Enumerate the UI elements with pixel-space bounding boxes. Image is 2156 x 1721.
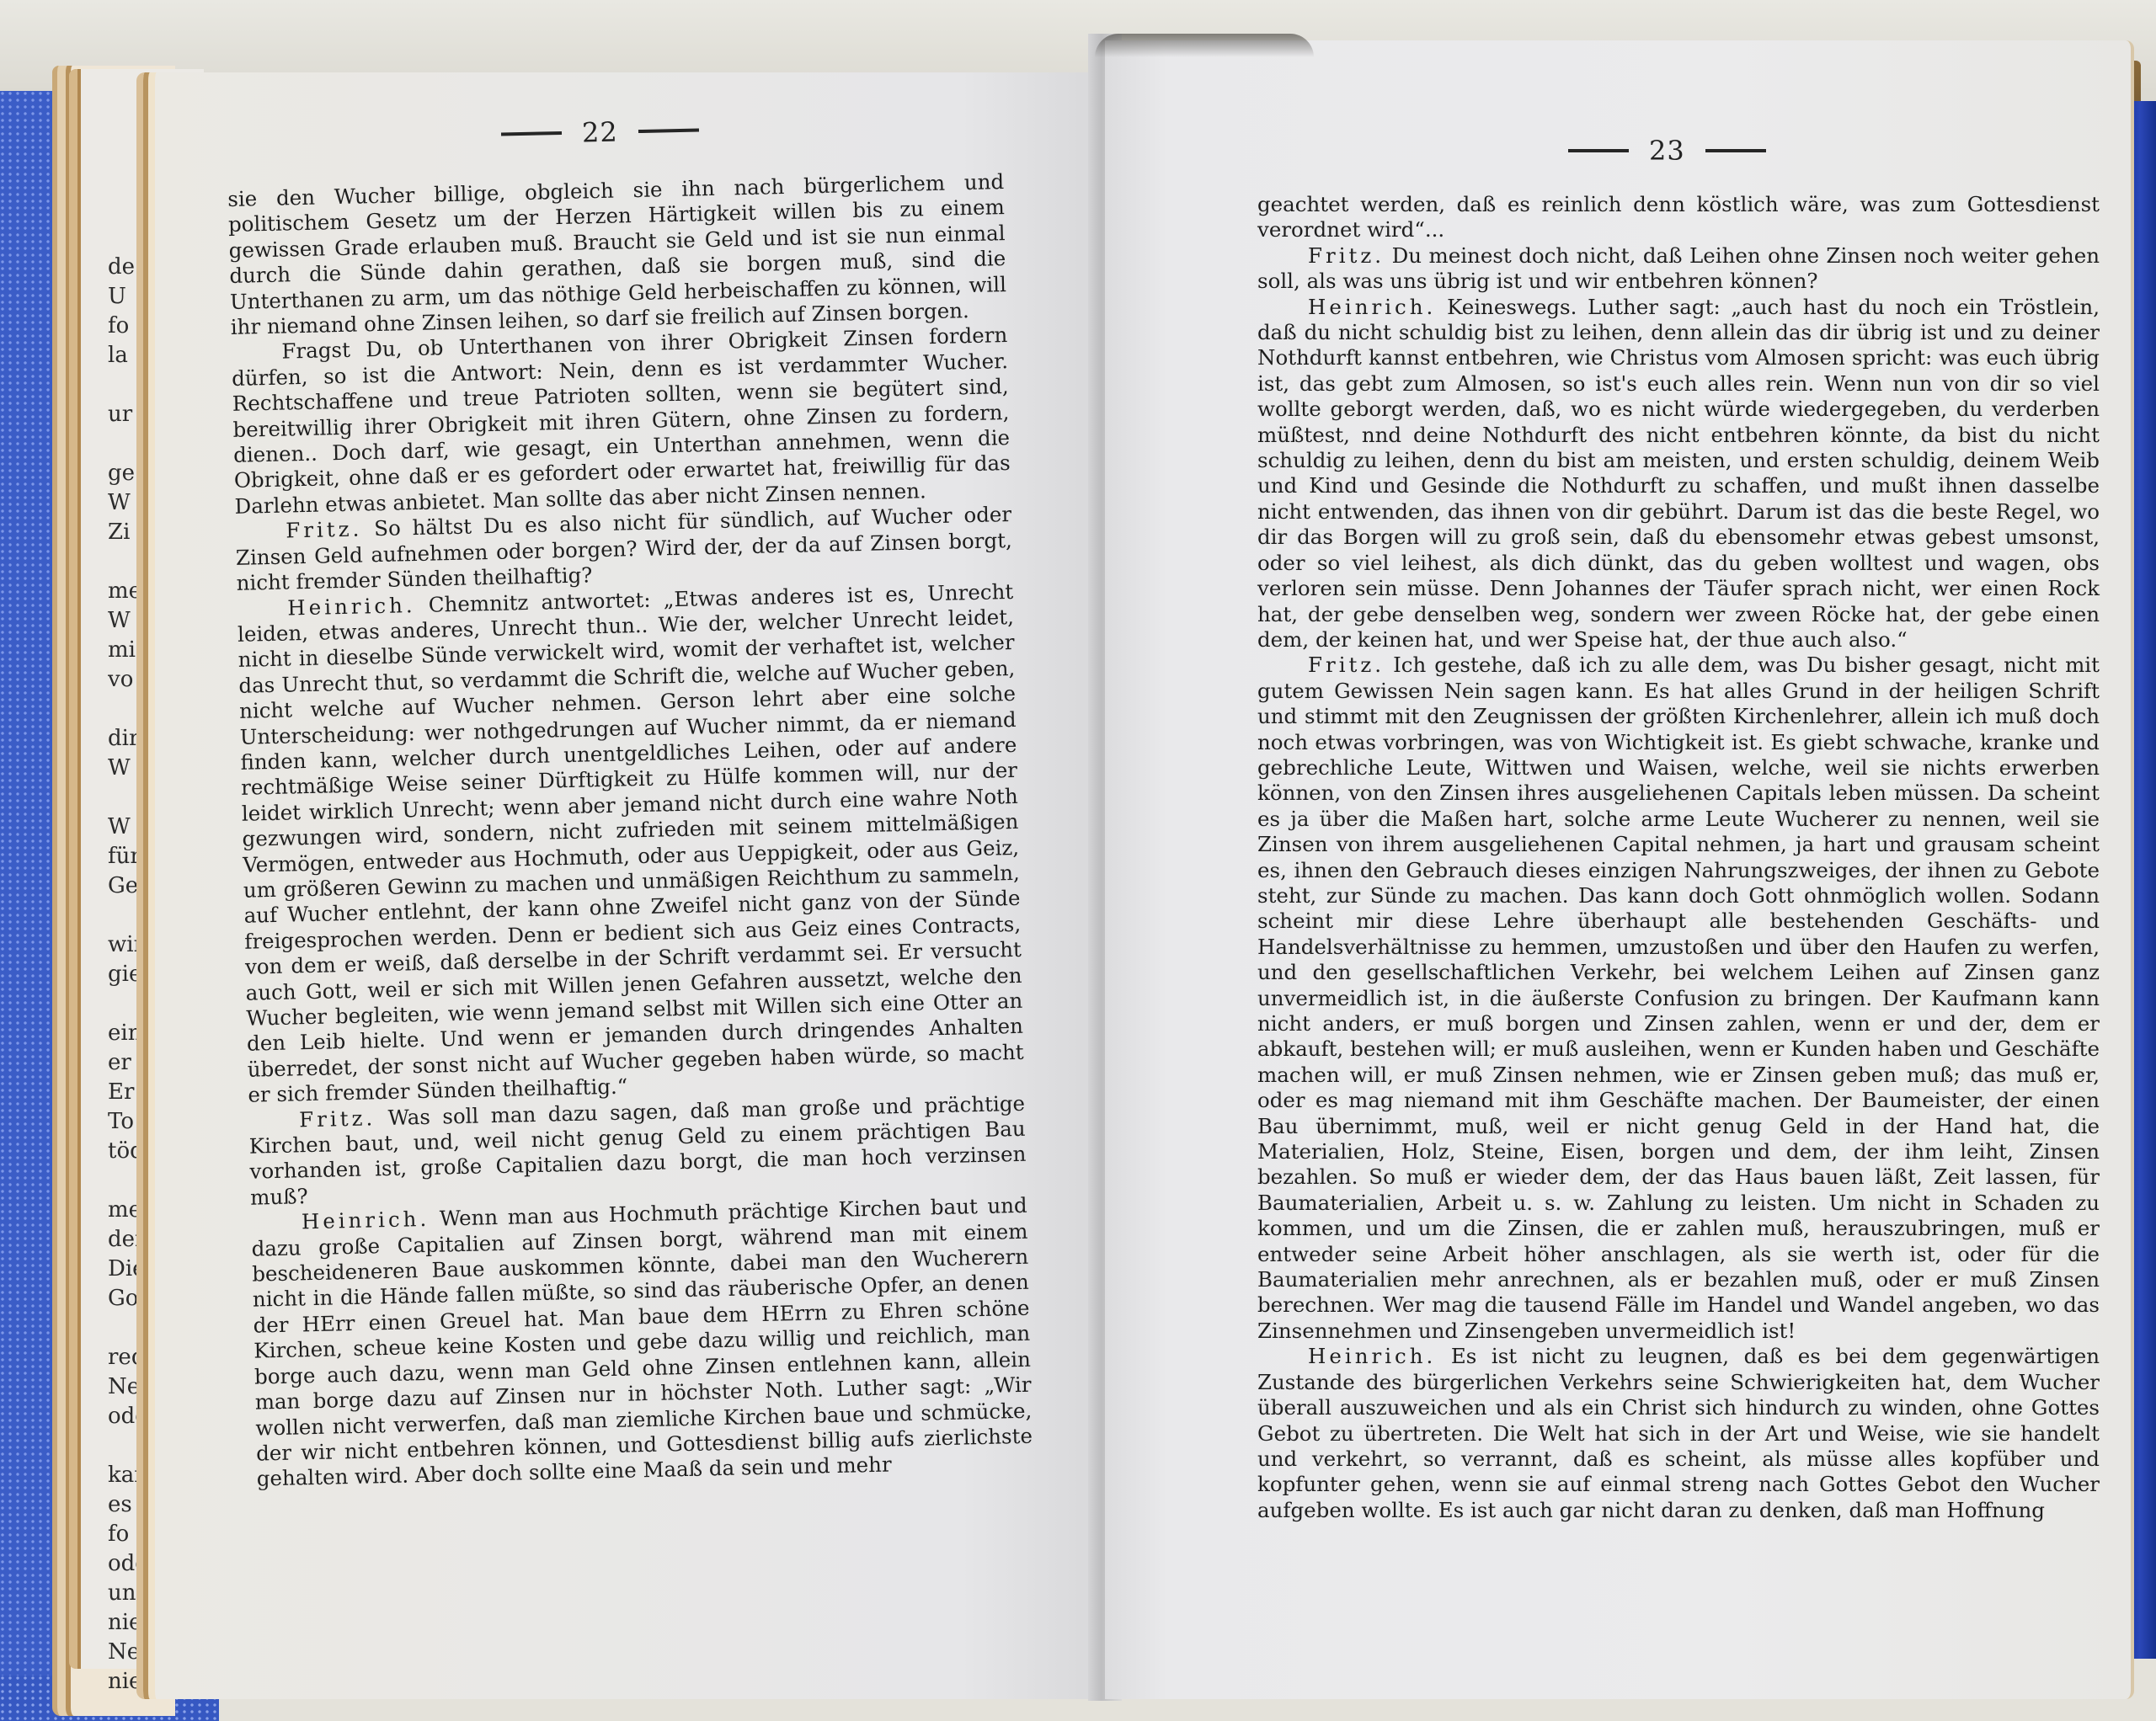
paragraph-text: Chemnitz antwortet: „Etwas anderes ist e… (237, 578, 1024, 1106)
right-page-header: 23 (1568, 135, 1766, 167)
speaker-name: Heinrich. (1308, 1344, 1436, 1368)
left-page-body: sie den Wucher billige, obgleich sie ihn… (227, 169, 1033, 1492)
speaker-name: Fritz. (1308, 653, 1385, 677)
book-cover-left (0, 91, 52, 1721)
paragraph: Heinrich. Wenn man aus Hochmuth prächtig… (251, 1193, 1033, 1492)
paragraph: Fritz. Du meinest doch nicht, daß Leihen… (1257, 243, 2100, 295)
speaker-name: Heinrich. (287, 593, 416, 620)
gutter-shadow (1095, 34, 1314, 57)
paragraph: sie den Wucher billige, obgleich sie ihn… (227, 169, 1007, 340)
paragraph: Heinrich. Keineswegs. Luther sagt: „auch… (1257, 295, 2100, 653)
paragraph-text: Fragst Du, ob Unterthanen von ihrer Obri… (232, 322, 1011, 518)
speaker-name: Fritz. (1308, 243, 1385, 268)
left-page-number: 22 (582, 116, 619, 149)
header-rule-right (638, 129, 699, 134)
speaker-name: Fritz. (299, 1106, 376, 1132)
paragraph-text: Es ist nicht zu leugnen, daß es bei dem … (1257, 1344, 2100, 1521)
paragraph-text: sie den Wucher billige, obgleich sie ihn… (227, 169, 1006, 339)
header-rule-left (501, 131, 562, 136)
speaker-name: Heinrich. (1308, 295, 1436, 319)
paragraph-text: Ich gestehe, daß ich zu alle dem, was Du… (1257, 653, 2100, 1343)
header-rule-left (1568, 149, 1629, 152)
paragraph: Fritz. Was soll man dazu sagen, daß man … (248, 1090, 1027, 1211)
paragraph: Fritz. Ich gestehe, daß ich zu alle dem,… (1257, 653, 2100, 1344)
paragraph: Heinrich. Es ist nicht zu leugnen, daß e… (1257, 1344, 2100, 1523)
paragraph-text: Wenn man aus Hochmuth prächtige Kirchen … (251, 1193, 1033, 1491)
speaker-name: Fritz. (286, 517, 363, 543)
paragraph: Heinrich. Chemnitz antwortet: „Etwas and… (237, 578, 1025, 1108)
left-page-header: 22 (501, 115, 699, 151)
header-rule-right (1705, 149, 1766, 152)
right-page-number: 23 (1649, 135, 1685, 167)
speaker-name: Heinrich. (302, 1207, 430, 1233)
right-page-body: geachtet werden, daß es reinlich denn kö… (1257, 192, 2100, 1523)
paragraph-text: Keineswegs. Luther sagt: „auch hast du n… (1257, 295, 2100, 652)
paragraph-text: geachtet werden, daß es reinlich denn kö… (1257, 192, 2100, 242)
paragraph: Fragst Du, ob Unterthanen von ihrer Obri… (231, 322, 1011, 519)
paragraph: geachtet werden, daß es reinlich denn kö… (1257, 192, 2100, 243)
